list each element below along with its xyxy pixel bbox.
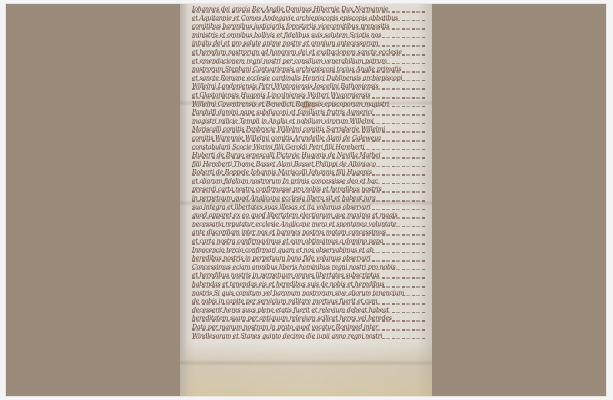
- manuscript-line: nostris Si quis comitum vel baronum nost…: [192, 290, 426, 299]
- manuscript-line: hereditatem suam per antiquum relevium s…: [192, 315, 426, 324]
- manuscript-line: quod apparet ex eo quod libertatem elect…: [192, 212, 426, 221]
- manuscript-line: Willelmi Coventrensis et Benedicti Roffe…: [192, 101, 426, 110]
- manuscript-line: habendas et tenendas eis et heredibus su…: [192, 281, 426, 290]
- manuscript-line: comitibus baronibus iusticiariis foresta…: [192, 23, 426, 32]
- manuscript-text: Iohannes dei gracia Rex Anglie Dominus H…: [192, 6, 426, 341]
- manuscript-line: nostrorum Stephani Cantuariensis archiep…: [192, 66, 426, 75]
- manuscript-line: in perpetuum quod Anglicana ecclesia lib…: [192, 195, 426, 204]
- manuscript-line: Data per manum nostram in prato quod voc…: [192, 324, 426, 333]
- photo-frame: Iohannes dei gracia Rex Anglie Dominus H…: [6, 4, 606, 396]
- manuscript-line: heredibus nostris in perpetuum bona fide…: [192, 255, 426, 264]
- manuscript-line: et Aquitannie et Comes Andegavie archiep…: [192, 15, 426, 24]
- manuscript-line: decesserit heres suus plene etatis fueri…: [192, 307, 426, 316]
- manuscript-line: Mariscalli comitis Penbrocie Willelmi co…: [192, 126, 426, 135]
- manuscript-line: Willelmi Londoniensis Petri Wintoniensis…: [192, 83, 426, 92]
- manuscript-line: et aliorum fidelium nostrorum In primis …: [192, 178, 426, 187]
- manuscript-line: constabularii Scocie Warini filii Gerold…: [192, 144, 426, 153]
- manuscript-line: presenti carta nostra confirmasse pro no…: [192, 186, 426, 195]
- manuscript-line: Windlesoram et Stanes quinto decimo die …: [192, 333, 426, 342]
- manuscript-line: sua integra et libertates suas illesas e…: [192, 204, 426, 213]
- manuscript-parchment: Iohannes dei gracia Rex Anglie Dominus H…: [180, 4, 432, 396]
- manuscript-line: Innocencio tercio confirmari quam et nos…: [192, 247, 426, 256]
- manuscript-line: et Glastoniensis Hugonis Lincolniensis W…: [192, 92, 426, 101]
- manuscript-line: et emendacionem regni nostri per consili…: [192, 58, 426, 67]
- manuscript-line: necessaria reputatur ecclesie Anglicane …: [192, 221, 426, 230]
- manuscript-line: et sancte Romane ecclesie cardinalis Hen…: [192, 75, 426, 84]
- manuscript-line: magistri milicie Templi in Anglia et nob…: [192, 118, 426, 127]
- manuscript-line: Huberti de Burgo senescalli Pictavie Hug…: [192, 152, 426, 161]
- manuscript-line: Concessimus eciam omnibus liberis homini…: [192, 264, 426, 273]
- manuscript-line: comitis Warennie Willelmi comitis Arunde…: [192, 135, 426, 144]
- manuscript-line: Iohannes dei gracia Rex Anglie Dominus H…: [192, 6, 426, 15]
- manuscript-line: Roberti de Roppele Iohannis Mariscalli I…: [192, 169, 426, 178]
- fold-crease: [180, 360, 432, 366]
- manuscript-line: ante discordiam inter nos et barones nos…: [192, 229, 426, 238]
- manuscript-line: filii Hereberti Thome Basset Alani Basse…: [192, 161, 426, 170]
- manuscript-line: de nobis in capite per servicium militar…: [192, 298, 426, 307]
- manuscript-line: Pandulfi domini pape subdiaconi et famil…: [192, 109, 426, 118]
- manuscript-line: et heredibus nostris in perpetuum omnes …: [192, 272, 426, 281]
- manuscript-line: et carta nostra confirmavimus et eam obt…: [192, 238, 426, 247]
- manuscript-line: intuitu dei et pro salute anime nostre e…: [192, 40, 426, 49]
- manuscript-line: ministris et omnibus ballivis et fidelib…: [192, 32, 426, 41]
- manuscript-line: et heredum nostrorum ad honorem dei et e…: [192, 49, 426, 58]
